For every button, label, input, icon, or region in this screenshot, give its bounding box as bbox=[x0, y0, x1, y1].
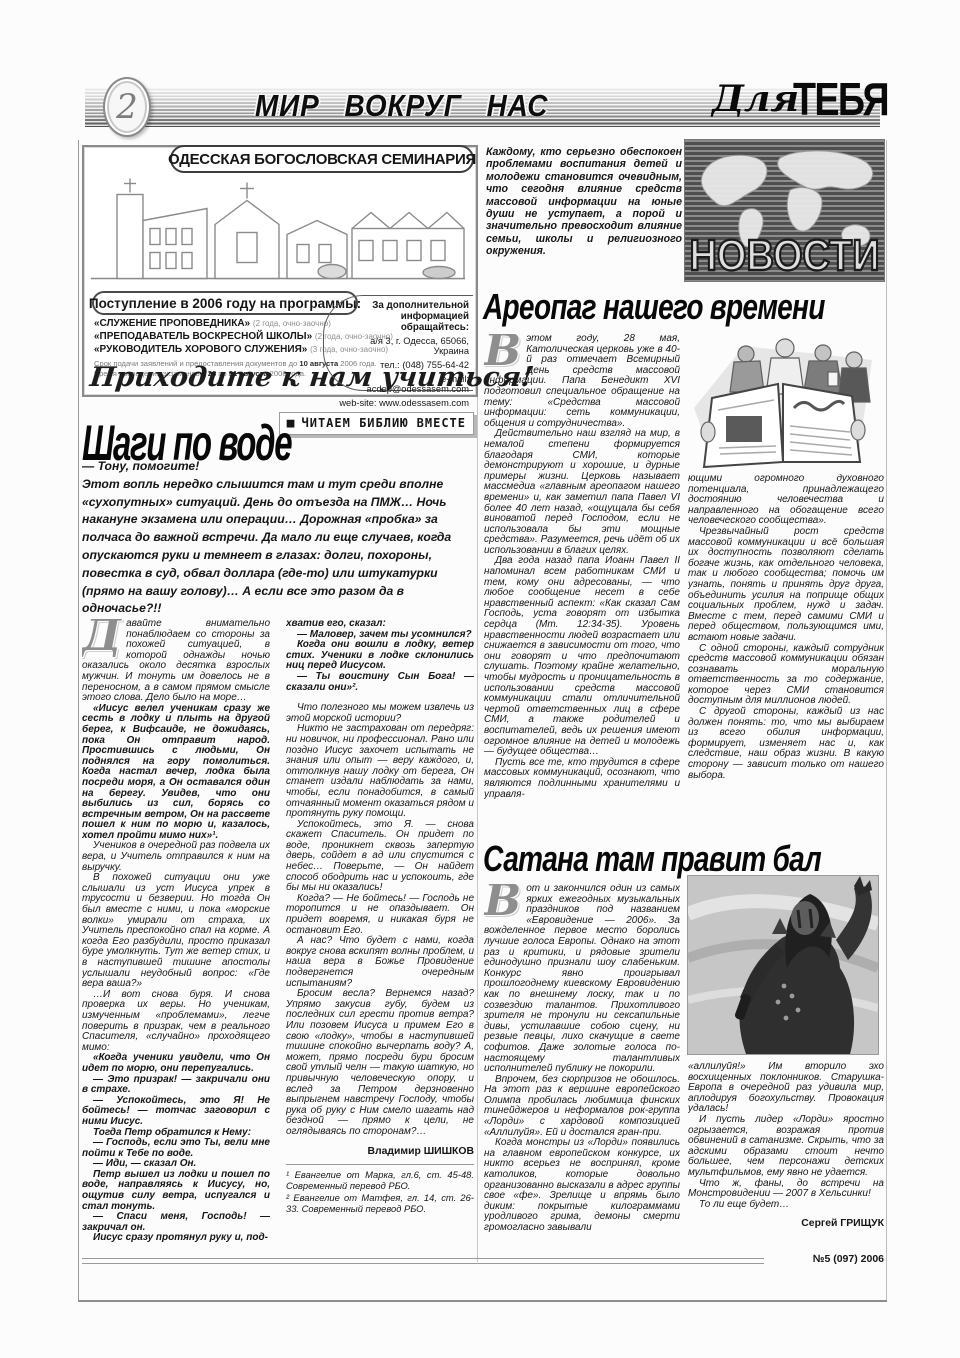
svg-text:НОВОСТИ: НОВОСТИ bbox=[690, 231, 880, 280]
shagi-article: ■ЧИТАЕМ БИБЛИЮ ВМЕСТЕ Шаги по воде — Тон… bbox=[82, 412, 474, 1262]
page-edge-right bbox=[886, 140, 887, 1302]
page-number-badge: 2 bbox=[103, 77, 151, 137]
badge-label: ЧИТАЕМ БИБЛИЮ ВМЕСТЕ bbox=[302, 416, 467, 430]
areopag-dropcap: В bbox=[484, 335, 521, 367]
page-edge-bottom bbox=[78, 1300, 887, 1302]
issue-number: №5 (097) 2006 bbox=[770, 1253, 884, 1265]
satana-col2-paragraphs: «аллилуйя!» Им вторило эхо восхищенных п… bbox=[688, 1062, 884, 1210]
shagi-intro: — Тону, помогите!Этот вопль нередко слыш… bbox=[82, 458, 474, 618]
contact-lines: а/я 3, г. Одесса, 65066, Украинател.: (0… bbox=[338, 336, 469, 408]
seminary-programs-list: «СЛУЖЕНИЕ ПРОПОВЕДНИКА» (2 года, очно-за… bbox=[94, 317, 344, 356]
seminary-ad-title: ОДЕССКАЯ БОГОСЛОВСКАЯ СЕМИНАРИЯ bbox=[170, 145, 474, 173]
program-item: «РУКОВОДИТЕЛЬ ХОРОВОГО СЛУЖЕНИЯ» (3 года… bbox=[94, 343, 344, 356]
brand-logo: ДляТЕБЯ bbox=[712, 72, 909, 126]
footnote-divider bbox=[286, 1164, 474, 1165]
areopag-col2-paragraphs: ющими огромного духовного потенциала, пр… bbox=[688, 474, 884, 781]
seminary-contact-box: За дополнительной информацией обращайтес… bbox=[323, 295, 473, 391]
shagi-column-1: Д авайте внимательно понаблюдаем со стор… bbox=[82, 619, 270, 1262]
program-item: «СЛУЖЕНИЕ ПРОПОВЕДНИКА» (2 года, очно-за… bbox=[94, 317, 344, 330]
page-edge-left bbox=[78, 140, 79, 1302]
newspaper-page: 2 МИР ВОКРУГ НАС ДляТЕБЯ ОДЕССКАЯ БОГОСЛ… bbox=[0, 0, 960, 1358]
seminary-admission-header: Поступление в 2006 году на программы: bbox=[92, 291, 358, 315]
satana-headline: Сатана там правит бал bbox=[483, 838, 821, 880]
areopag-col1-paragraphs: этом году, 28 мая, Католическая церковь … bbox=[484, 334, 680, 800]
shagi-col1-paragraphs: авайте внимательно понаблюдаем со сторон… bbox=[82, 619, 270, 1244]
satana-column-2: «аллилуйя!» Им вторило эхо восхищенных п… bbox=[688, 1062, 884, 1262]
satana-column-1: В от и закончился один из самых ярких еж… bbox=[484, 884, 680, 1258]
news-logo: НОВОСТИ bbox=[685, 140, 884, 281]
areopag-column-2: ющими огромного духовного потенциала, пр… bbox=[688, 474, 884, 838]
shagi-author: Владимир ШИШКОВ bbox=[286, 1147, 474, 1158]
shagi-dropcap: Д bbox=[82, 620, 121, 652]
world-map-icon: НОВОСТИ bbox=[685, 140, 884, 281]
shagi-footnotes: ¹ Евангелие от Марка, гл.6, ст. 45-48. С… bbox=[286, 1170, 474, 1214]
section-title: МИР ВОКРУГ НАС bbox=[255, 88, 548, 124]
brand-part1: Для bbox=[712, 78, 799, 120]
lordi-photo bbox=[688, 876, 878, 1054]
seminary-buildings-illustration bbox=[87, 169, 469, 287]
read-bible-badge: ■ЧИТАЕМ БИБЛИЮ ВМЕСТЕ bbox=[279, 412, 474, 435]
satana-dropcap: В bbox=[484, 885, 521, 917]
newspaper-readers-illustration bbox=[686, 336, 878, 468]
shagi-col2-paragraphs: хватив его, сказал:— Маловер, зачем ты у… bbox=[286, 619, 474, 1138]
shagi-column-2: хватив его, сказал:— Маловер, зачем ты у… bbox=[286, 619, 474, 1262]
seminary-ad: ОДЕССКАЯ БОГОСЛОВСКАЯ СЕМИНАРИЯ bbox=[82, 145, 478, 397]
satana-author: Сергей ГРИЩУК bbox=[688, 1219, 884, 1230]
satana-col1-paragraphs: от и закончился один из самых ярких ежег… bbox=[484, 884, 680, 1234]
brand-part2: ТЕБЯ bbox=[793, 72, 888, 126]
areopag-column-1: В этом году, 28 мая, Католическая церков… bbox=[484, 334, 680, 838]
news-intro-text: Каждому, кто серьезно обеспокоен проблем… bbox=[486, 146, 682, 284]
program-item: «ПРЕПОДАВАТЕЛЬ ВОСКРЕСНОЙ ШКОЛЫ» (2 года… bbox=[94, 330, 344, 343]
areopag-headline: Ареопаг нашего времени bbox=[483, 286, 825, 328]
footer-rule bbox=[82, 1258, 764, 1264]
contact-header: За дополнительной информацией обращайтес… bbox=[338, 300, 469, 333]
